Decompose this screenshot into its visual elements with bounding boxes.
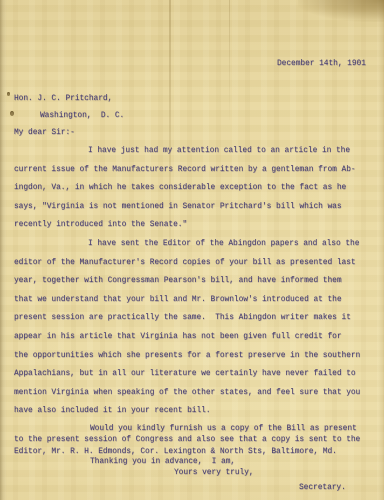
paper-corner-shadow [298,0,384,22]
letter-line: says, "Virginia is not mentioned in Sena… [14,203,380,222]
letter-line: to the present session of Congress and a… [14,436,380,447]
closing-valediction: Yours very truly, [174,469,254,479]
letter-line: I have sent the Editor of the Abingdon p… [14,240,380,259]
letter-line: current issue of the Manufacturers Recor… [14,166,380,185]
letter-line: editor of the Manufacturer's Record copi… [14,259,380,278]
letter-line: recently introduced into the Senate." [14,221,380,240]
letter-line: the opportunities which she presents for… [14,352,380,371]
letter-line: appear in his article that Virginia has … [14,333,380,352]
letter-page: December 14th, 1901 Hon. J. C. Pritchard… [0,0,384,500]
paragraph-1: I have just had my attention called to a… [14,147,380,240]
letter-line: that we understand that your bill and Mr… [14,296,380,315]
letter-line: present session are practically the same… [14,314,380,333]
pin-hole [7,92,10,96]
letter-line: Appalachians, but in all our literature … [14,370,380,389]
recipient-name: Hon. J. C. Pritchard, [14,95,112,105]
paper-fold-crease [229,0,230,120]
recipient-city: Washington, D. C. [40,112,124,122]
pin-hole [10,111,14,116]
letter-line: I have just had my attention called to a… [14,147,380,166]
signature-title: Secretary. [299,484,346,494]
letter-line: ingdon, Va., in which he takes considera… [14,184,380,203]
closing-thanks: Thanking you in advance, I am, [90,458,235,468]
paragraph-3: Would you kindly furnish us a copy of th… [14,425,380,459]
letter-line: have also included it in your recent bil… [14,407,380,426]
salutation: My dear Sir:- [14,129,75,139]
letter-line: Would you kindly furnish us a copy of th… [14,425,380,436]
letter-date: December 14th, 1901 [277,60,366,70]
paragraph-2: I have sent the Editor of the Abingdon p… [14,240,380,426]
letter-line: mention Virginia when speaking of the ot… [14,389,380,408]
letter-line: year, together with Congressman Pearson'… [14,277,380,296]
